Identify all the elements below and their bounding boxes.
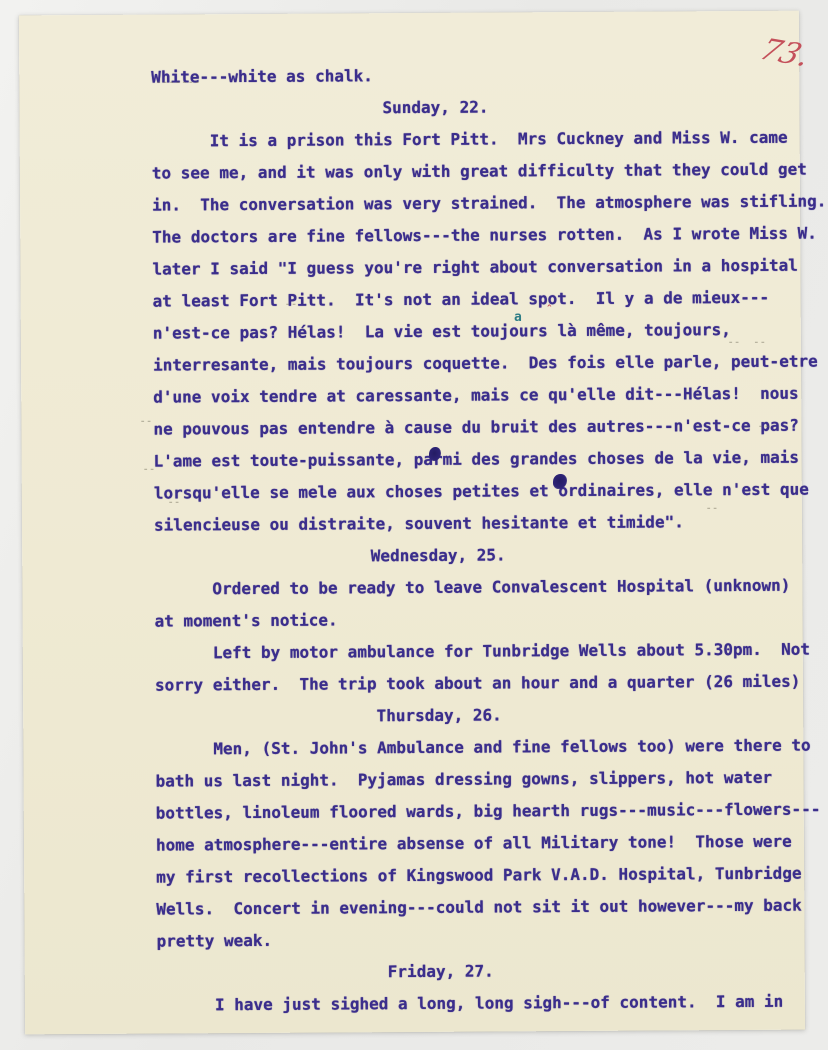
text-line: at moment's notice. [155,601,828,637]
text-line: Ordered to be ready to leave Convalescen… [154,569,828,605]
text-line: to see me, and it was only with great di… [152,153,828,189]
text-line: L'ame est toute-puissante, parmi des gra… [154,441,828,477]
text-line: Wells. Concert in evening---could not si… [156,889,828,925]
text-line: sorry either. The trip took about an hou… [155,665,828,701]
text-line: at least Fort Pitt. It's not an ideal sp… [153,281,828,317]
text-line: home atmosphere---entire absense of all … [156,825,828,861]
text-line: n'est-ce pas? Hélas! La vie est toujours… [153,313,828,349]
date-heading: Sunday, 22. [151,90,719,125]
text-line: d'une voix tendre at caressante, mais ce… [153,377,828,413]
text-line: ne pouvous pas entendre à cause du bruit… [153,409,828,445]
text-line: The doctors are fine fellows---the nurse… [152,217,828,253]
date-heading: Friday, 27. [157,954,725,989]
text-line: pretty weak. [156,921,828,957]
text-line: later I said "I guess you're right about… [152,249,828,285]
scanned-page-background: 73. White---white as chalk.Sunday, 22.It… [0,0,828,1050]
text-line: bottles, linoleum floored wards, big hea… [156,793,828,829]
date-heading: Thursday, 26. [155,698,723,733]
text-line: Men, (St. John's Ambulance and fine fell… [155,729,828,765]
date-heading: Wednesday, 25. [154,538,722,573]
text-line: lorsqu'elle se mele aux choses petites e… [154,473,828,509]
text-line: I have just sighed a long, long sigh---o… [157,985,828,1021]
text-line: bath us last night. Pyjamas dressing gow… [155,761,828,797]
typewritten-text-block: White---white as chalk.Sunday, 22.It is … [151,57,828,1021]
text-line: silencieuse ou distraite, souvent hesita… [154,505,828,541]
text-line: Left by motor ambulance for Tunbridge We… [155,633,828,669]
text-line: my first recollections of Kingswood Park… [156,857,828,893]
text-line: interresante, mais toujours coquette. De… [153,345,828,381]
text-line: in. The conversation was very strained. … [152,185,828,221]
text-line: It is a prison this Fort Pitt. Mrs Cuckn… [152,121,828,157]
document-page: 73. White---white as chalk.Sunday, 22.It… [19,11,805,1035]
text-line: White---white as chalk. [151,57,828,93]
